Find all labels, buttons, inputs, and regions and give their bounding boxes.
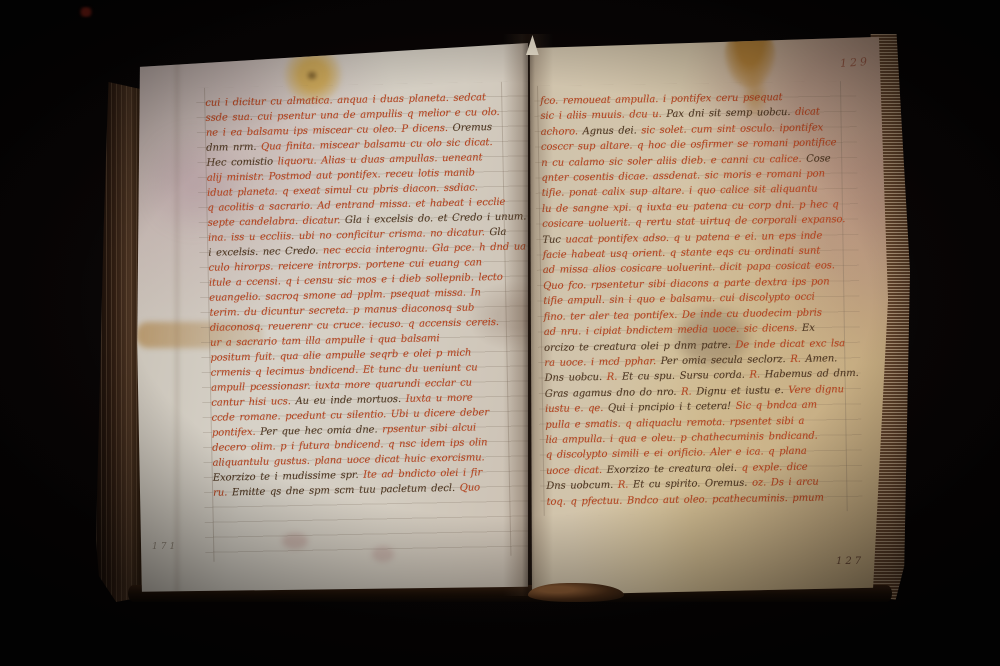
dark-ink-segment: Habemus ad dnm. <box>765 368 859 380</box>
dark-ink-segment: Gla i excelsis do. et Credo i unum. <box>345 211 527 226</box>
dark-ink-segment: Et cu spirito. Oremus. <box>633 478 752 491</box>
red-ink-segment: rpsentur sibi alcui <box>382 422 476 435</box>
red-ink-segment: R. <box>790 354 805 365</box>
red-ink-segment: tifie ampull. sin i quo e balsamu. cui d… <box>543 292 814 307</box>
red-ink-segment: ad nru. i cipiat bndictem media uoce. si… <box>544 323 802 338</box>
red-ink-segment: De inde dicat exc lsa <box>735 338 845 351</box>
red-ink-segment: n cu calamo sic soler aliis dieb. e cann… <box>541 153 806 168</box>
dark-ink-segment: Amen. <box>805 353 837 364</box>
red-ink-segment: Sic q bndca am <box>736 400 817 412</box>
dark-ink-segment: Ex <box>802 323 815 334</box>
red-ink-segment: R. <box>749 370 764 381</box>
left-page: cui i dicitur cu almatica. anqua i duas … <box>136 38 530 594</box>
red-ink-segment: tifie. ponat calix sup altare. i quo cal… <box>542 184 818 199</box>
red-ink-segment: R. <box>618 480 633 491</box>
red-ink-segment: Vere dignu <box>788 384 844 396</box>
dark-ink-segment: i excelsis. nec Credo. <box>208 245 323 258</box>
manuscript-photo: cui i dicitur cu almatica. anqua i duas … <box>0 0 1000 666</box>
red-ink-segment: cosccr sup altare. q hoc die osfirmer se… <box>541 137 837 153</box>
dark-ink-segment: Agnus dei. <box>582 125 641 137</box>
dark-ink-segment: Exorzizo te i mudissime spr. <box>213 470 364 484</box>
dark-ink-segment: Qui i pncipio i t cetera! <box>608 401 736 414</box>
folio-number-left: 171 <box>152 542 178 552</box>
red-ink-segment: sic solet. cum sint osculo. ipontifex <box>641 122 823 136</box>
left-board-edge <box>96 82 144 602</box>
red-ink-segment: toq. q pfectuu. Bndco aut oleo. pcathecu… <box>546 492 823 507</box>
right-page: fco. remoueat ampulla. i pontifex ceru p… <box>528 30 892 598</box>
red-ink-segment: sic i aliis muuis. dcu u. <box>540 109 666 122</box>
red-ink-segment: Quo <box>460 482 481 493</box>
red-ink-segment: pontifex. <box>212 427 261 439</box>
red-ink-segment: Ite ad bndicto olei i fir <box>363 467 482 480</box>
brown-drip-stain <box>724 26 776 88</box>
red-ink-segment: oz. Ds i arcu <box>752 477 819 489</box>
right-text-block: fco. remoueat ampulla. i pontifex ceru p… <box>534 81 863 516</box>
red-ink-segment: cantur hisi ucs. <box>211 396 295 409</box>
binding-strap <box>528 583 624 602</box>
gutter-shadow <box>503 34 553 596</box>
red-ink-segment: Iuxta u more <box>406 393 473 405</box>
dark-ink-segment: orcizo te creatura olei p dnm patre. <box>544 339 736 353</box>
dark-ink-segment: Dignu et iustu e. <box>696 385 788 397</box>
left-text-block: cui i dicitur cu almatica. anqua i duas … <box>196 81 537 562</box>
dark-ink-segment: Gras agamus dno do nro. <box>545 386 681 399</box>
red-ink-segment: ru. <box>213 487 232 498</box>
red-ink-segment: septe candelabra. dicatur. <box>208 215 346 229</box>
red-ink-segment: iustu e. qe. <box>545 403 608 415</box>
red-ink-segment: q discolypto simili e ei orificio. Aler … <box>546 446 807 461</box>
dark-ink-segment: Au eu inde mortuos. <box>295 394 405 407</box>
folio-number-right-bottom: 127 <box>836 556 864 567</box>
parchment-crease <box>174 38 180 594</box>
left-page-text: cui i dicitur cu almatica. anqua i duas … <box>205 89 532 500</box>
red-ink-segment: nec eccia interognu. Gla pce. h dnd ua <box>323 241 526 256</box>
dark-ink-segment: Per que hec omia dne. <box>260 424 382 437</box>
dark-ink-segment: dnm nrm. <box>206 142 261 154</box>
dark-ink-segment: Pax dni sit semp uobcu. <box>666 107 795 120</box>
red-fleck <box>78 7 94 17</box>
dark-ink-segment: Exorzizo te creatura olei. <box>607 463 742 476</box>
red-ink-segment: R. <box>607 372 622 383</box>
red-ink-segment: cosicare uoluerit. q rertu stat uirtuq d… <box>542 214 845 230</box>
dark-ink-segment: Emitte qs dne spm scm tuu pacletum decl. <box>232 483 460 499</box>
dark-ink-segment: Oremus <box>452 122 492 134</box>
dark-ink-segment: Dns uobcu. <box>545 372 607 384</box>
dark-ink-segment: Per omia secula seclorz. <box>661 354 791 367</box>
red-ink-segment: q exple. dice <box>741 462 807 474</box>
red-ink-segment: uacat pontifex adso. q u patena e ei. un… <box>565 230 822 245</box>
red-ink-segment: lia ampulla. i qua e oleu. p chathecumin… <box>545 431 817 446</box>
red-ink-segment: pulla e smatis. q aliquaclu remota. rpse… <box>545 415 804 430</box>
red-ink-segment: fco. remoueat ampulla. i pontifex ceru p… <box>540 92 782 107</box>
folio-number-right-top: 129 <box>840 55 871 70</box>
red-ink-segment: ra uoce. i mcd pphar. <box>544 356 661 369</box>
dark-ink-segment: Hec comistio <box>206 156 277 168</box>
right-page-text: fco. remoueat ampulla. i pontifex ceru p… <box>540 89 861 510</box>
dark-ink-segment: Dns uobcum. <box>546 480 618 492</box>
red-ink-segment: uoce dicat. <box>546 465 607 477</box>
dark-ink-segment: Cose <box>806 153 830 164</box>
dark-ink-segment: Et cu spu. Sursu corda. <box>622 370 750 383</box>
red-ink-segment: dicat <box>795 107 820 118</box>
red-ink-segment: R. <box>681 386 696 397</box>
